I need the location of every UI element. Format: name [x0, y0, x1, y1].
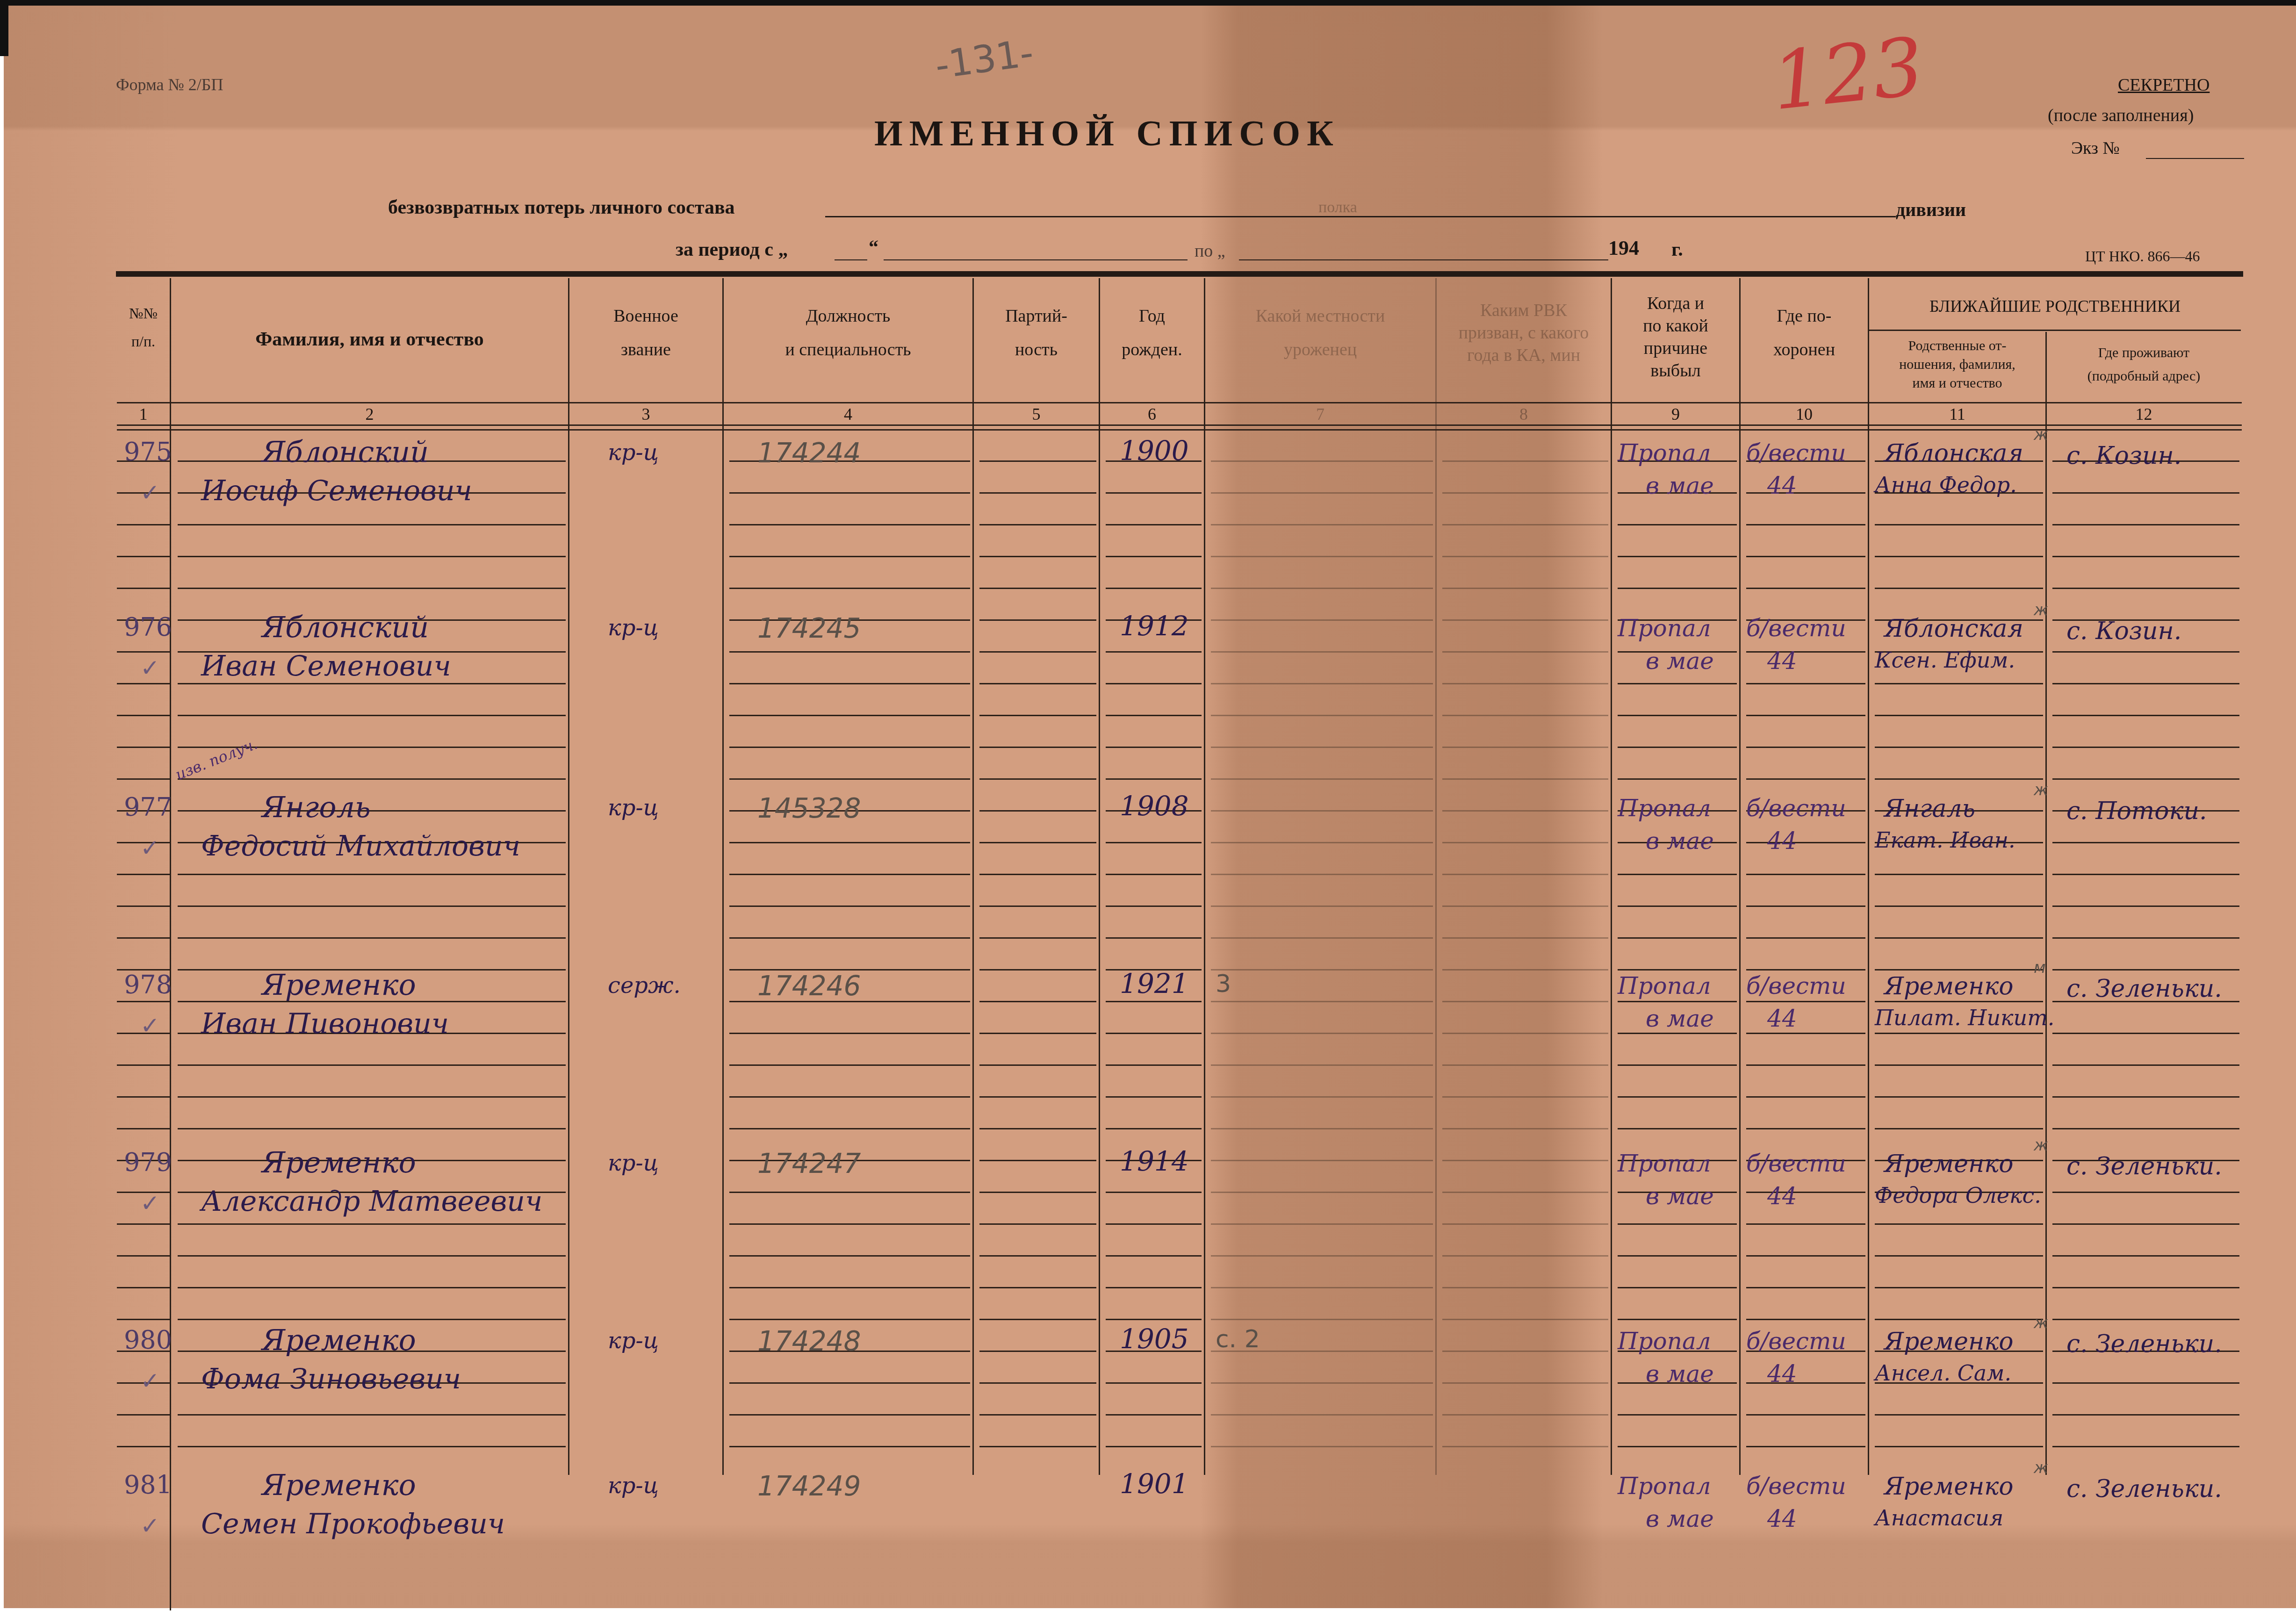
row-rule: [1618, 715, 1737, 716]
record-buried-line1: б/вести: [1746, 1150, 1846, 1177]
record-rank: кр-ц: [608, 1473, 659, 1499]
row-rule: [1211, 842, 1433, 843]
record-address: с. Козин.: [2066, 442, 2181, 470]
row-rule: [1211, 1160, 1433, 1161]
row-rule: [1442, 969, 1608, 970]
row-rule: [2052, 874, 2239, 875]
row-rule: [1442, 1414, 1608, 1416]
row-rule: [178, 1446, 566, 1447]
row-rule: [979, 1001, 1096, 1002]
row-rule: [1618, 683, 1737, 684]
row-rule: [979, 524, 1096, 525]
record-when-line1: Пропал: [1618, 1328, 1711, 1355]
print-code: ЦТ НКО. 866—46: [2085, 248, 2200, 265]
row-rule: [979, 556, 1096, 557]
row-rule: [1746, 651, 1865, 653]
row-rule: [979, 651, 1096, 653]
row-rule: [2052, 1192, 2239, 1193]
record-when-line2: в мае: [1646, 472, 1714, 499]
row-rule: [729, 1223, 970, 1225]
row-rule: [2052, 715, 2239, 716]
colnum-4: 4: [724, 404, 972, 424]
header-birthplace: Какой местности уроженец: [1205, 299, 1435, 367]
row-rule: [117, 1255, 170, 1257]
row-rule: [1106, 588, 1202, 589]
record-birth-year: 1900: [1120, 435, 1189, 467]
colnum-6: 6: [1100, 404, 1204, 424]
header-relative-name: Родственные от- ношения, фамилия, имя и …: [1869, 337, 2045, 393]
record-surname: Яременко: [262, 1323, 416, 1357]
record-rank: кр-ц: [608, 1150, 659, 1176]
record-relative-gender: ж: [2034, 1314, 2048, 1332]
row-rule: [979, 810, 1096, 812]
row-rule: [178, 556, 566, 557]
row-rule: [1875, 969, 2043, 970]
row-rule: [979, 683, 1096, 684]
polka-label: полка: [1318, 199, 1357, 216]
header-party-line2: ность: [1015, 333, 1058, 367]
header-relative-line3: имя и отчество: [1912, 374, 2002, 393]
row-rule: [2052, 556, 2239, 557]
row-rule: [178, 778, 566, 780]
row-rule: [2052, 1287, 2239, 1288]
row-rule: [729, 556, 970, 557]
header-relative-line1: Родственные от-: [1908, 337, 2007, 355]
checkmark-icon: ✓: [140, 834, 160, 862]
record-relative-names: Пилат. Никит.: [1875, 1005, 2054, 1030]
row-rule: [2052, 683, 2239, 684]
record-given-names: Фома Зиновьевич: [201, 1363, 461, 1395]
record-birth-year: 1921: [1120, 968, 1189, 999]
row-rule: [1746, 556, 1865, 557]
record-position: 145328: [757, 792, 861, 824]
row-rule: [1106, 906, 1202, 907]
record-buried-line2: 44: [1767, 1505, 1797, 1532]
row-rule: [1746, 969, 1865, 970]
row-rule: [979, 1128, 1096, 1129]
header-birth-year-line2: рожден.: [1122, 333, 1182, 367]
row-rule: [1211, 1319, 1433, 1320]
header-relative-line2: ношения, фамилия,: [1899, 355, 2015, 374]
row-rule: [729, 1319, 970, 1320]
row-rule: [117, 747, 170, 748]
row-rule: [178, 588, 566, 589]
row-rule: [1875, 1096, 2043, 1098]
row-rule: [729, 1382, 970, 1384]
record-relative-gender: ж: [2034, 781, 2048, 799]
row-rule: [1211, 1287, 1433, 1288]
row-rule: [729, 1096, 970, 1098]
row-rule: [1106, 1414, 1202, 1416]
body-top-rule-1: [117, 424, 2242, 426]
row-rule: [117, 1287, 170, 1288]
record-when-line2: в мае: [1646, 1005, 1714, 1032]
row-rule: [178, 1096, 566, 1098]
form-number: Форма № 2/БП: [116, 75, 223, 94]
row-rule: [1106, 1255, 1202, 1257]
row-rule: [1211, 524, 1433, 525]
record-buried-line1: б/вести: [1746, 1328, 1846, 1355]
record-rank: кр-ц: [608, 1328, 659, 1354]
row-rule: [729, 683, 970, 684]
row-rule: [1618, 1064, 1737, 1066]
col-divider-5: [1099, 278, 1100, 1475]
row-rule: [178, 1064, 566, 1066]
row-rule: [1746, 1414, 1865, 1416]
row-rule: [2052, 969, 2239, 970]
colnum-3: 3: [569, 404, 722, 424]
checkmark-icon: ✓: [140, 1367, 160, 1394]
row-rule: [729, 937, 970, 939]
row-rule: [1106, 715, 1202, 716]
scan-border-top: [0, 0, 2296, 6]
record-birthplace: 3: [1216, 970, 1231, 998]
record-rank: кр-ц: [608, 795, 659, 821]
row-rule: [1211, 1001, 1433, 1002]
row-rule: [1442, 1192, 1608, 1193]
record-when-line1: Пропал: [1618, 615, 1711, 642]
record-relative-names: Ансел. Сам.: [1875, 1360, 2011, 1386]
row-rule: [2052, 1064, 2239, 1066]
row-rule: [979, 1064, 1096, 1066]
row-rule: [979, 1446, 1096, 1447]
row-rule: [1618, 1096, 1737, 1098]
row-rule: [178, 1223, 566, 1225]
row-rule: [1618, 1319, 1737, 1320]
row-rule: [979, 969, 1096, 970]
record-relative-names: Ксен. Ефим.: [1875, 647, 2015, 673]
row-rule: [1442, 937, 1608, 939]
row-rule: [1746, 492, 1865, 494]
header-rank-line1: Военное: [613, 299, 678, 333]
row-rule: [1106, 1064, 1202, 1066]
row-rule: [1442, 1223, 1608, 1225]
record-address: с. Потоки.: [2066, 797, 2207, 825]
checkmark-icon: ✓: [140, 654, 160, 682]
subtitle: безвозвратных потерь личного состава: [388, 196, 735, 219]
row-rule: [1211, 492, 1433, 494]
row-rule: [1875, 715, 2043, 716]
row-rule: [1442, 1351, 1608, 1352]
record-buried-line2: 44: [1767, 647, 1797, 675]
row-rule: [117, 715, 170, 716]
record-position: 174244: [757, 437, 861, 469]
row-rule: [178, 683, 566, 684]
header-number: №№ п/п.: [117, 299, 170, 355]
row-rule: [117, 1319, 170, 1320]
row-rule: [1442, 492, 1608, 494]
header-when-line4: выбыл: [1650, 359, 1700, 382]
header-position: Должность и специальность: [724, 299, 972, 367]
header-birth-year: Год рожден.: [1100, 299, 1204, 367]
row-rule: [1106, 1033, 1202, 1034]
row-rule: [1211, 1192, 1433, 1193]
record-relative-surname: Яременко: [1884, 972, 2014, 1000]
row-rule: [2052, 937, 2239, 939]
row-rule: [1442, 1255, 1608, 1257]
record-when-line1: Пропал: [1618, 1150, 1711, 1177]
row-rule: [117, 1128, 170, 1129]
row-rule: [729, 906, 970, 907]
division-label: дивизии: [1896, 199, 1966, 221]
row-rule: [979, 937, 1096, 939]
row-rule: [1442, 778, 1608, 780]
row-rule: [1442, 683, 1608, 684]
col-divider-7: [1435, 278, 1437, 1475]
row-rule: [1746, 1128, 1865, 1129]
row-rule: [1211, 556, 1433, 557]
row-rule: [1442, 1287, 1608, 1288]
row-rule: [1746, 1287, 1865, 1288]
col-divider-3: [722, 278, 724, 1475]
row-rule: [979, 906, 1096, 907]
row-rule: [1746, 1223, 1865, 1225]
row-rule: [1442, 1446, 1608, 1447]
row-rule: [1746, 778, 1865, 780]
row-rule: [2052, 1255, 2239, 1257]
row-rule: [178, 874, 566, 875]
row-rule: [1618, 747, 1737, 748]
row-rule: [2052, 1033, 2239, 1034]
colnum-1: 1: [117, 404, 170, 424]
row-rule: [1211, 778, 1433, 780]
row-rule: [1442, 524, 1608, 525]
row-rule: [729, 874, 970, 875]
row-rule: [1746, 1192, 1865, 1193]
row-rule: [1746, 1382, 1865, 1384]
row-rule: [979, 1287, 1096, 1288]
row-rule: [1875, 1287, 2043, 1288]
col-divider-8: [1611, 278, 1612, 1475]
header-birth-year-line1: Год: [1139, 299, 1165, 333]
record-relative-surname: Яременко: [1884, 1473, 2014, 1501]
colnum-11: 11: [1869, 404, 2045, 424]
row-rule: [1211, 683, 1433, 684]
header-rank-line2: звание: [621, 333, 671, 367]
record-buried-line1: б/вести: [1746, 795, 1846, 822]
header-party-line1: Партий-: [1005, 299, 1067, 333]
record-given-names: Иван Пивонович: [201, 1007, 449, 1040]
row-rule: [729, 588, 970, 589]
row-rule: [729, 715, 970, 716]
row-rule: [1442, 460, 1608, 462]
period-from-month-field: [884, 259, 1188, 260]
unit-field-line: [825, 216, 1896, 217]
year-label: 194: [1608, 236, 1639, 260]
row-rule: [1746, 1033, 1865, 1034]
row-rule: [729, 651, 970, 653]
row-rule: [729, 842, 970, 843]
row-rule: [1618, 524, 1737, 525]
record-given-names: Александр Матвеевич: [201, 1185, 542, 1218]
row-rule: [1746, 842, 1865, 843]
record-buried-line2: 44: [1767, 1360, 1797, 1387]
row-rule: [1442, 842, 1608, 843]
header-buried-line2: хоронен: [1773, 333, 1835, 367]
row-rule: [1211, 1128, 1433, 1129]
row-rule: [1211, 1414, 1433, 1416]
row-rule: [1875, 1064, 2043, 1066]
row-rule: [1106, 874, 1202, 875]
row-rule: [117, 588, 170, 589]
record-relative-surname: Яблонская: [1884, 615, 2023, 643]
record-when-line1: Пропал: [1618, 1473, 1711, 1500]
row-rule: [1875, 937, 2043, 939]
row-rule: [2052, 1319, 2239, 1320]
row-rule: [1875, 778, 2043, 780]
checkmark-icon: ✓: [140, 1012, 160, 1039]
row-rule: [178, 1319, 566, 1320]
secret-stamp: СЕКРЕТНО: [2118, 75, 2210, 95]
record-buried-line1: б/вести: [1746, 615, 1846, 642]
row-rule: [1211, 810, 1433, 812]
record-relative-surname: Яременко: [1884, 1328, 2014, 1356]
period-from-quote: “: [869, 236, 878, 259]
row-rule: [1618, 1255, 1737, 1257]
col-divider-10: [1868, 278, 1869, 1475]
colnum-7: 7: [1205, 404, 1435, 424]
row-rule: [1211, 1064, 1433, 1066]
record-buried-line2: 44: [1767, 1183, 1797, 1210]
record-birth-year: 1905: [1120, 1323, 1189, 1355]
record-rank: кр-ц: [608, 439, 659, 466]
row-rule: [1746, 906, 1865, 907]
header-birthplace-line2: уроженец: [1284, 333, 1357, 367]
record-given-names: Семен Прокофьевич: [201, 1508, 505, 1540]
record-birth-year: 1912: [1120, 610, 1189, 642]
row-rule: [1875, 1223, 2043, 1225]
header-relatives-group: БЛИЖАЙШИЕ РОДСТВЕННИКИ: [1869, 292, 2241, 320]
header-name: Фамилия, имя и отчество: [171, 323, 568, 356]
header-rank: Военное звание: [569, 299, 722, 367]
header-address: Где проживают (подробный адрес): [2047, 341, 2241, 388]
row-rule: [178, 1255, 566, 1257]
colnum-12: 12: [2047, 404, 2241, 424]
row-rule: [2052, 588, 2239, 589]
row-rule: [117, 683, 170, 684]
row-rule: [1106, 778, 1202, 780]
record-position: 174247: [757, 1148, 861, 1179]
row-rule: [729, 1287, 970, 1288]
row-rule: [979, 1414, 1096, 1416]
row-rule: [178, 1128, 566, 1129]
record-number: 978: [124, 970, 172, 999]
page-title: ИМЕННОЙ СПИСОК: [874, 112, 1340, 154]
col-divider-11: [2045, 332, 2047, 1475]
record-surname: Янголь: [262, 790, 371, 824]
row-rule: [979, 619, 1096, 621]
row-rule: [1618, 1128, 1737, 1129]
row-rule: [1618, 937, 1737, 939]
record-number: 976: [124, 612, 172, 642]
scan-border-left: [0, 0, 8, 56]
row-rule: [979, 588, 1096, 589]
record-address: с. Зеленьки.: [2066, 975, 2222, 1003]
row-rule: [1106, 937, 1202, 939]
record-rank: серж.: [608, 972, 681, 999]
row-rule: [979, 1351, 1096, 1352]
header-rvk-line3: года в КА, мин: [1467, 344, 1580, 367]
row-rule: [2052, 492, 2239, 494]
row-rule: [117, 556, 170, 557]
header-when-reason: Когда и по какой причине выбыл: [1612, 292, 1739, 382]
record-buried-line1: б/вести: [1746, 1473, 1846, 1500]
row-rule: [1442, 1382, 1608, 1384]
row-rule: [1746, 1446, 1865, 1447]
row-rule: [729, 524, 970, 525]
row-rule: [1211, 874, 1433, 875]
record-birth-year: 1901: [1120, 1468, 1189, 1500]
row-rule: [979, 778, 1096, 780]
row-rule: [2052, 1128, 2239, 1129]
row-rule: [1618, 1001, 1737, 1002]
row-rule: [1106, 747, 1202, 748]
row-rule: [178, 937, 566, 939]
row-rule: [1211, 969, 1433, 970]
row-rule: [1106, 1446, 1202, 1447]
row-rule: [1442, 874, 1608, 875]
row-rule: [1442, 556, 1608, 557]
row-rule: [2052, 524, 2239, 525]
row-rule: [117, 906, 170, 907]
record-relative-names: Анастасия: [1875, 1505, 2003, 1531]
row-rule: [1211, 460, 1433, 462]
row-rule: [1211, 906, 1433, 907]
row-rule: [1106, 1096, 1202, 1098]
row-rule: [979, 1096, 1096, 1098]
row-rule: [2052, 1446, 2239, 1447]
row-rule: [2052, 747, 2239, 748]
record-when-line2: в мае: [1646, 1360, 1714, 1387]
record-relative-gender: м: [2034, 958, 2046, 977]
record-given-names: Иосиф Семенович: [201, 474, 472, 507]
record-birth-year: 1908: [1120, 790, 1189, 822]
row-rule: [1618, 1033, 1737, 1034]
row-rule: [1211, 651, 1433, 653]
row-rule: [1106, 1319, 1202, 1320]
header-birthplace-line1: Какой местности: [1256, 299, 1385, 333]
period-to-label: по „: [1195, 241, 1225, 261]
record-relative-gender: ж: [2034, 601, 2048, 619]
row-rule: [1211, 937, 1433, 939]
row-rule: [117, 778, 170, 780]
row-rule: [1442, 906, 1608, 907]
row-rule: [178, 715, 566, 716]
record-number: 977: [124, 792, 172, 822]
table-top-rule: [116, 271, 2243, 277]
row-rule: [979, 460, 1096, 462]
row-rule: [117, 937, 170, 939]
row-rule: [1618, 969, 1737, 970]
header-when-line3: причине: [1644, 337, 1707, 359]
row-rule: [1106, 1382, 1202, 1384]
row-rule: [1875, 1255, 2043, 1257]
row-rule: [117, 874, 170, 875]
header-when-line2: по какой: [1643, 315, 1708, 337]
row-rule: [178, 1414, 566, 1416]
row-rule: [1875, 1414, 2043, 1416]
row-rule: [2052, 1382, 2239, 1384]
header-address-line2: (подробный адрес): [2087, 365, 2200, 388]
row-rule: [1875, 588, 2043, 589]
row-rule: [729, 1064, 970, 1066]
record-position: 174246: [757, 970, 861, 1002]
record-number: 981: [124, 1470, 172, 1500]
row-rule: [2052, 1223, 2239, 1225]
row-rule: [1746, 683, 1865, 684]
copy-number-label: Экз №: [2071, 138, 2120, 158]
row-rule: [1211, 1033, 1433, 1034]
